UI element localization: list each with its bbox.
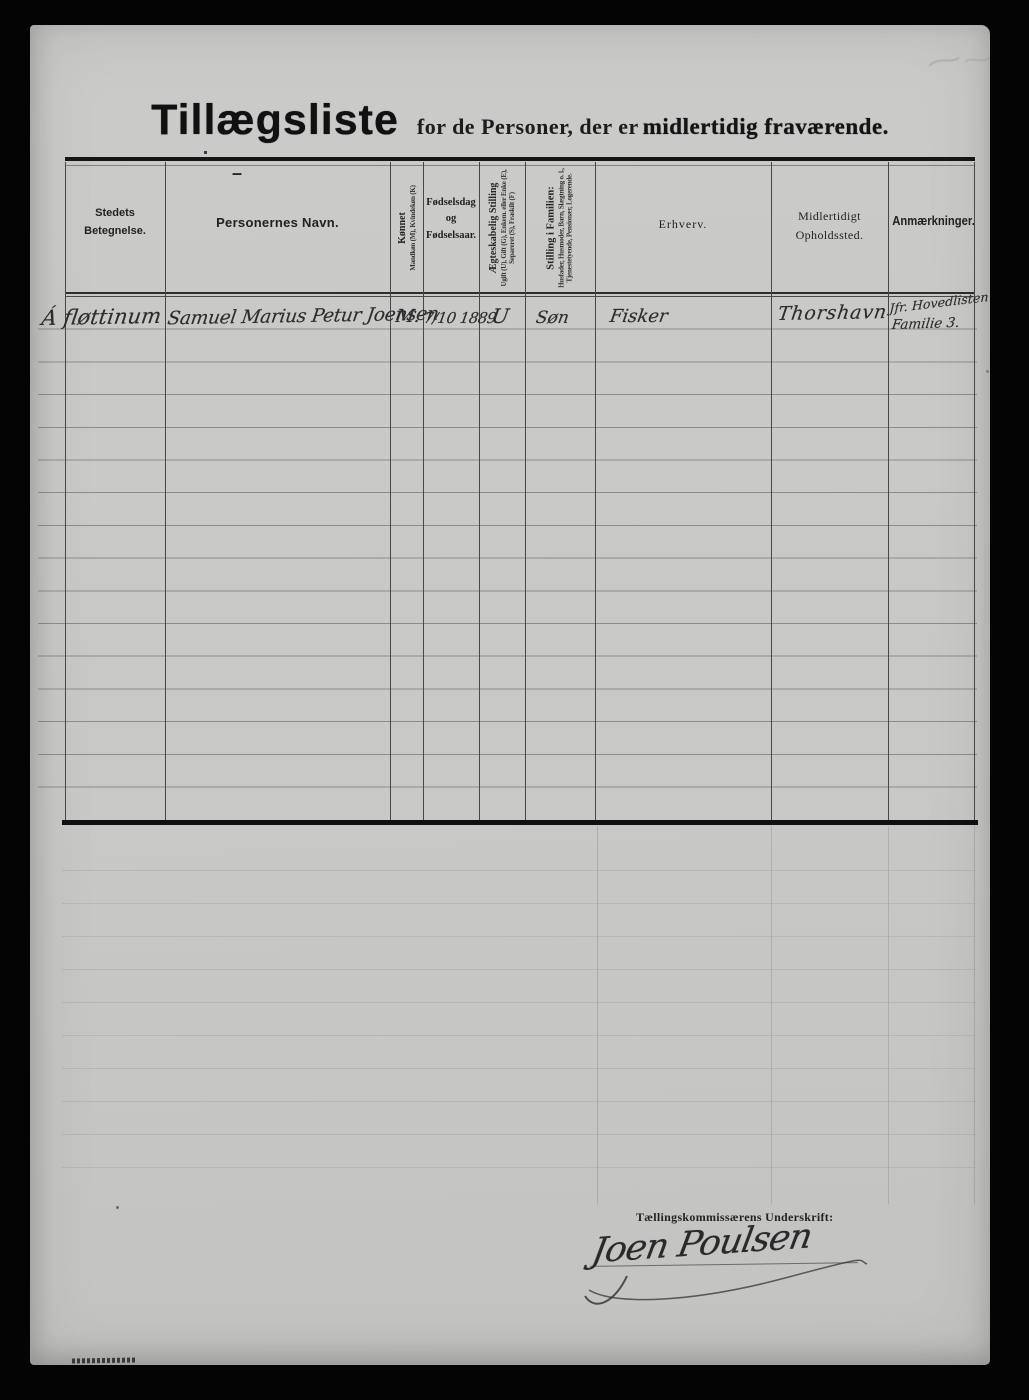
header-sex: Kønnet Mandkøn (M), Kvindekøn (K)	[390, 162, 423, 293]
header-sex-sub: Mandkøn (M), Kvindekøn (K)	[408, 164, 416, 292]
scan-specks	[0, 0, 1, 1]
entry-occupation: Fisker	[608, 306, 669, 327]
header-temporary-residence: Midlertidigt Opholdssted.	[771, 207, 888, 245]
entry-remark-line2: Familie 3.	[891, 315, 961, 333]
entry-temporary-residence: Thorshavn	[776, 301, 888, 325]
bleed-through-rows	[62, 838, 975, 1194]
header-remarks: Anmærkninger.	[892, 214, 969, 228]
scanned-census-page: Tillægsliste for de Personer, der er mid…	[0, 0, 1029, 1400]
col-line-3	[423, 162, 424, 820]
row-guide-lines	[38, 297, 977, 817]
bleed-through-col-2	[771, 826, 772, 1204]
title-subtitle: for de Personer, der er	[417, 114, 639, 139]
header-marital-sub: Ugift (U), Gift (G), Enkem. eller Enke (…	[499, 164, 516, 292]
title-main: Tillægsliste	[151, 96, 399, 144]
table-border-right	[974, 162, 975, 820]
entry-birthdate: 7/10 1889	[423, 309, 498, 327]
entry-sex: M.	[394, 306, 421, 327]
entry-family-position: Søn	[534, 308, 570, 328]
table-border-left	[65, 162, 66, 820]
col-line-7	[771, 162, 772, 820]
bleed-through-col-4	[974, 826, 975, 1204]
header-family-main: Stilling i Familien:	[546, 164, 558, 292]
header-name: Personernes Navn.	[165, 215, 390, 230]
bleed-through-col-1	[597, 826, 598, 1204]
header-family-position: Stilling i Familien: Husfader, Husmoder,…	[525, 162, 595, 293]
header-marital-status: Ægteskabelig Stilling Ugift (U), Gift (G…	[479, 162, 525, 293]
header-dash: –	[225, 163, 249, 184]
header-birthdate: Fødselsdag og Fødselsaar.	[423, 195, 479, 244]
bleed-through-col-3	[888, 826, 889, 1204]
header-place: Stedets Betegnelse.	[65, 205, 165, 240]
title-subtitle-strong: midlertidig fraværende.	[643, 114, 889, 139]
col-line-6	[595, 162, 596, 820]
header-family-sub: Husfader, Husmoder, Barn, Slægtning o. l…	[558, 164, 575, 292]
header-occupation: Erhverv.	[595, 217, 771, 232]
bleed-through-mark	[925, 48, 995, 74]
header-sex-main: Kønnet	[397, 164, 409, 292]
table-bottom-rule	[62, 820, 978, 825]
col-line-8	[888, 162, 889, 820]
entry-place: Á fløttinum	[40, 304, 163, 330]
header-marital-main: Ægteskabelig Stilling	[488, 164, 500, 292]
table-top-rule	[65, 157, 975, 161]
census-table: Stedets Betegnelse. – Personernes Navn. …	[65, 157, 975, 825]
entry-marital-status: U	[490, 304, 511, 328]
page-title: Tillægsliste for de Personer, der er mid…	[65, 96, 975, 145]
col-line-1	[165, 162, 166, 820]
